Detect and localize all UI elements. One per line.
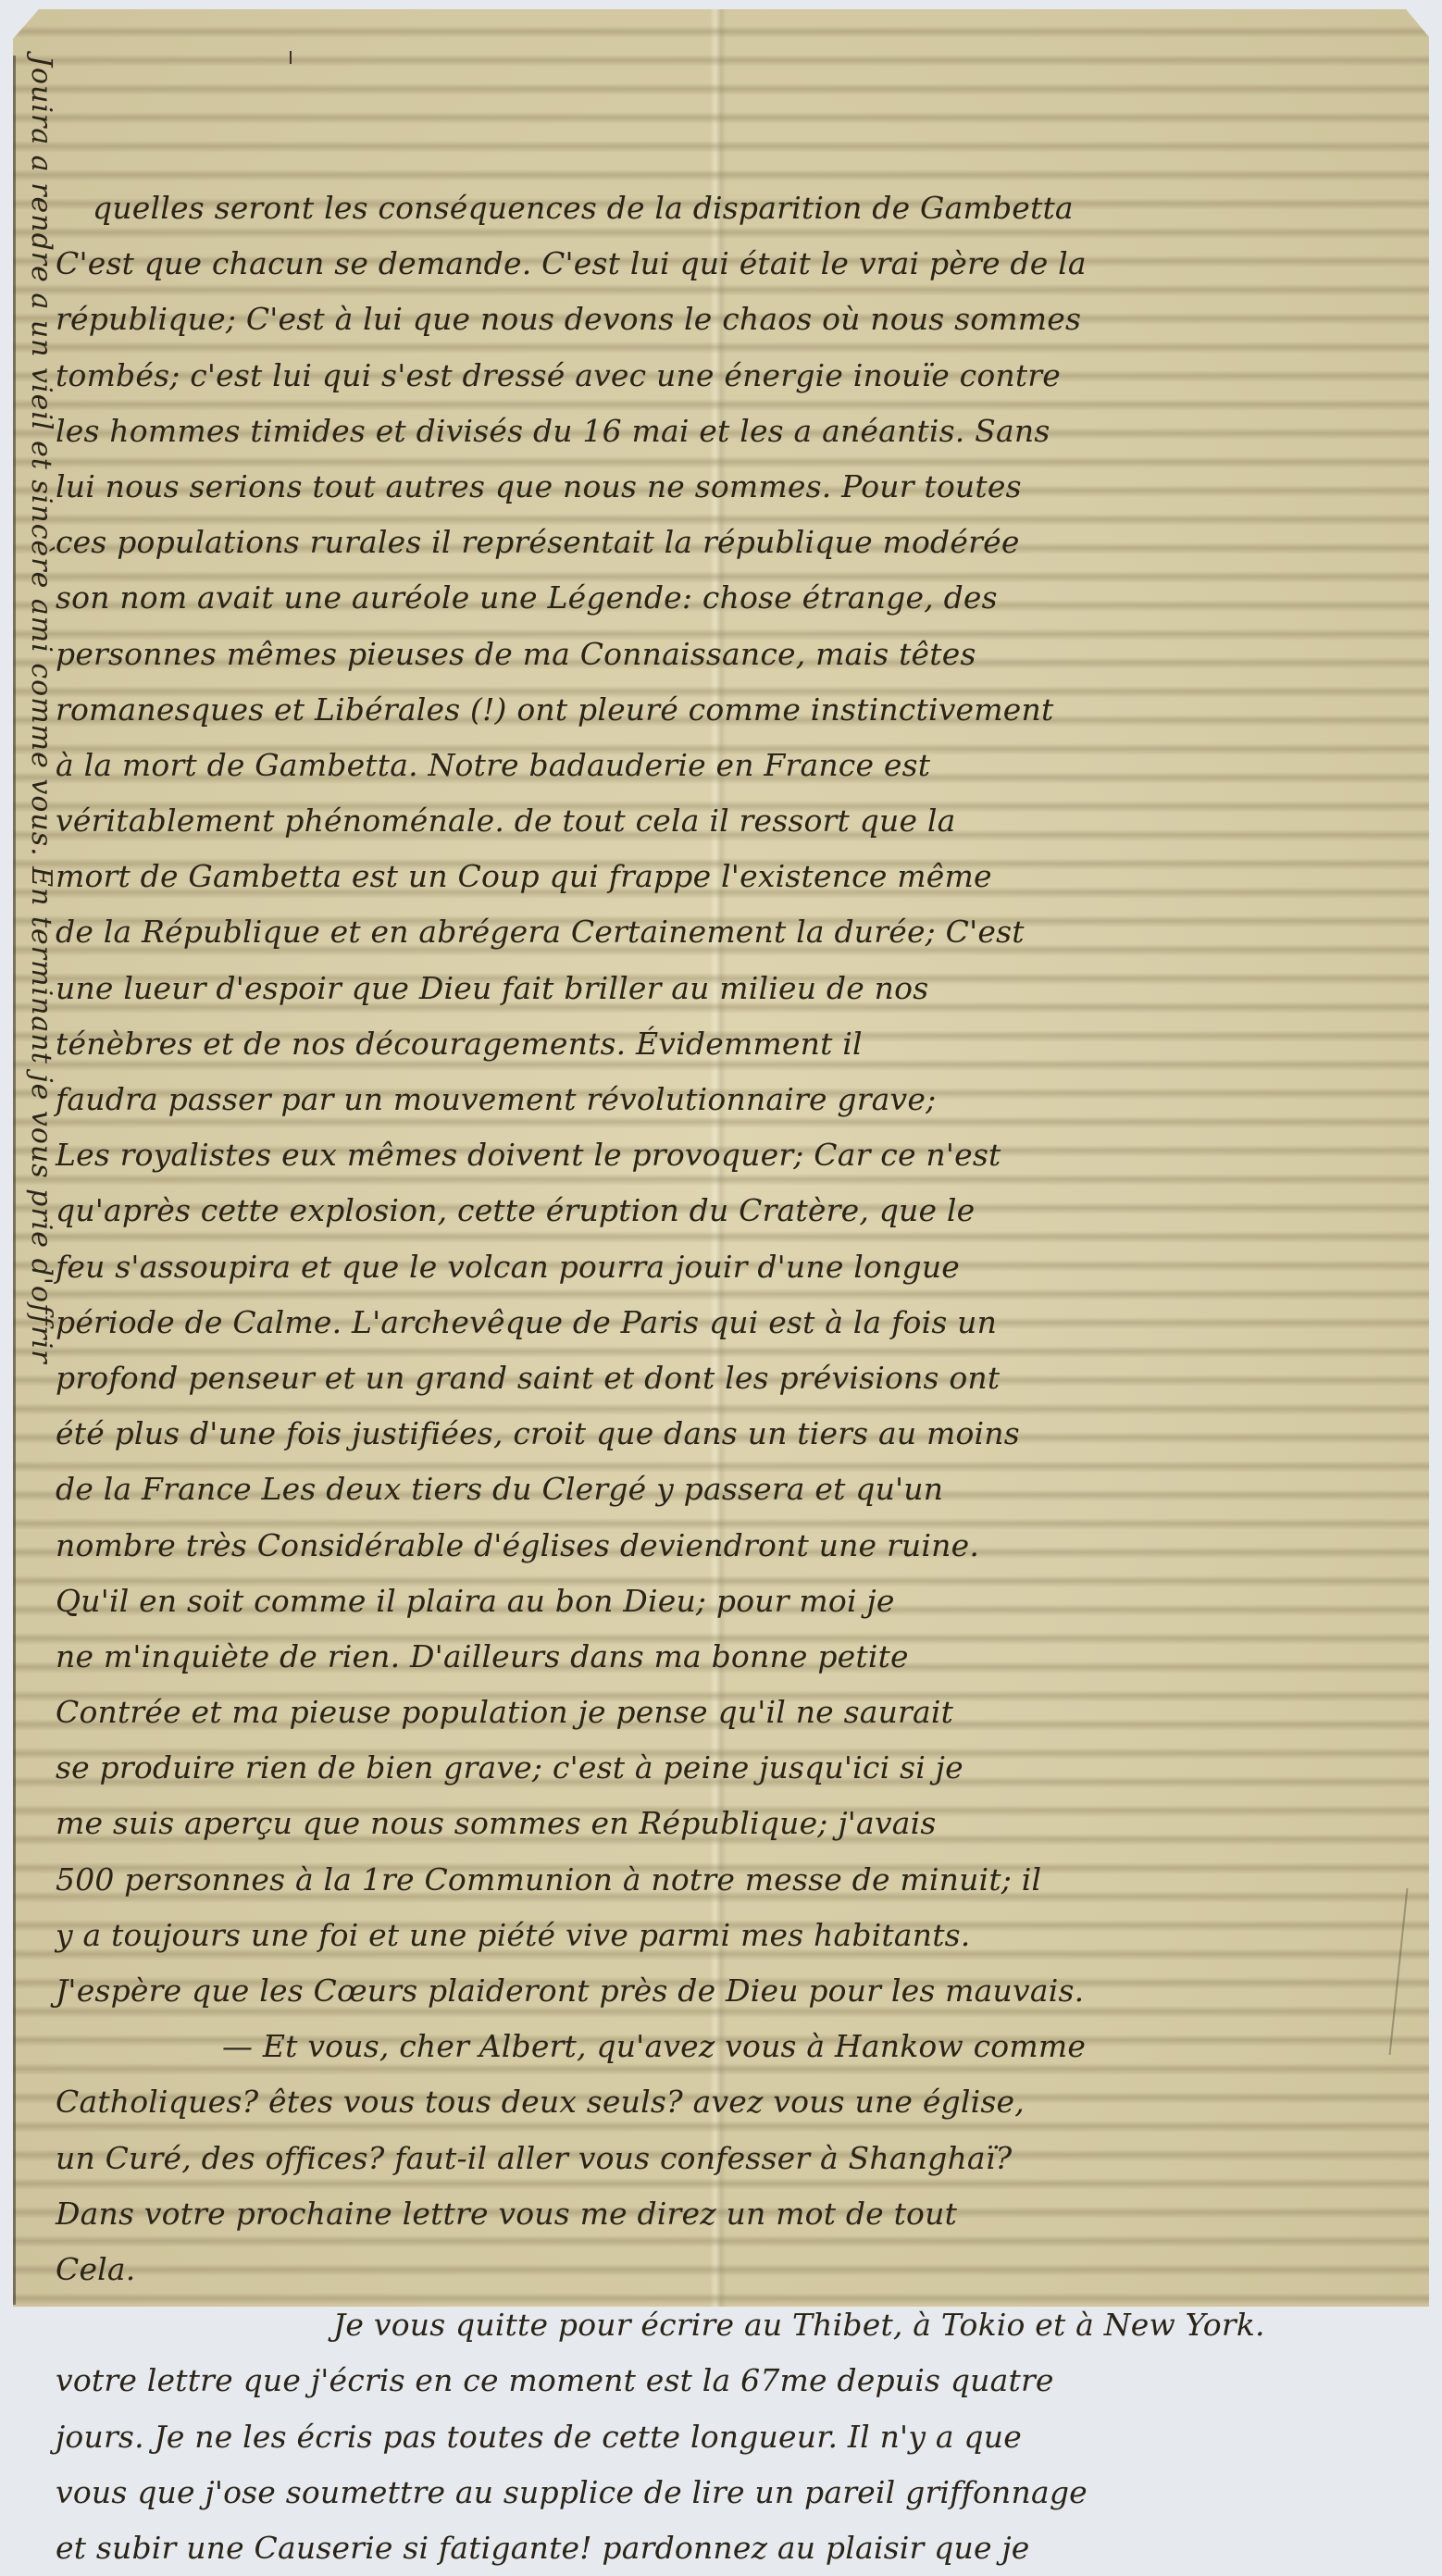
- letter-line: lui nous serions tout autres que nous ne…: [56, 459, 1416, 515]
- letter-line: une lueur d'espoir que Dieu fait briller…: [56, 961, 1416, 1016]
- letter-line: 500 personnes à la 1re Communion à notre…: [56, 1852, 1416, 1908]
- letter-line: personnes mêmes pieuses de ma Connaissan…: [56, 627, 1416, 682]
- letter-line: son nom avait une auréole une Légende: c…: [56, 570, 1416, 626]
- letter-line: Catholiques? êtes vous tous deux seuls? …: [56, 2074, 1416, 2130]
- letter-line: — Et vous, cher Albert, qu'avez vous à H…: [56, 2019, 1416, 2074]
- letter-line: un Curé, des offices? faut-il aller vous…: [56, 2131, 1416, 2186]
- letter-line: à la mort de Gambetta. Notre badauderie …: [56, 738, 1416, 793]
- letter-line: nombre très Considérable d'églises devie…: [56, 1518, 1416, 1574]
- letter-body: quelles seront les conséquences de la di…: [56, 180, 1416, 2314]
- letter-line: de la France Les deux tiers du Clergé y …: [56, 1462, 1416, 1517]
- letter-line: les hommes timides et divisés du 16 mai …: [56, 404, 1416, 459]
- letter-line: se produire rien de bien grave; c'est à …: [56, 1740, 1416, 1796]
- letter-line: C'est que chacun se demande. C'est lui q…: [56, 236, 1416, 292]
- letter-line: Qu'il en soit comme il plaira au bon Die…: [56, 1574, 1416, 1629]
- letter-line: république; C'est à lui que nous devons …: [56, 292, 1416, 347]
- letter-line: me suis aperçu que nous sommes en Républ…: [56, 1796, 1416, 1851]
- letter-line: faudra passer par un mouvement révolutio…: [56, 1072, 1416, 1127]
- letter-line: J'espère que les Cœurs plaideront près d…: [56, 1963, 1416, 2019]
- letter-line: période de Calme. L'archevêque de Paris …: [56, 1295, 1416, 1350]
- letter-line: tombés; c'est lui qui s'est dressé avec …: [56, 348, 1416, 404]
- letter-line: Dans votre prochaine lettre vous me dire…: [56, 2186, 1416, 2242]
- letter-line: ne m'inquiète de rien. D'ailleurs dans m…: [56, 1629, 1416, 1685]
- letter-line: quelles seront les conséquences de la di…: [56, 180, 1416, 236]
- ink-mark: [290, 51, 292, 64]
- letter-line: véritablement phénoménale. de tout cela …: [56, 793, 1416, 849]
- letter-line: profond penseur et un grand saint et don…: [56, 1350, 1416, 1406]
- letter-line: ces populations rurales il représentait …: [56, 515, 1416, 570]
- letter-line: ténèbres et de nos découragements. Évide…: [56, 1016, 1416, 1072]
- letter-line: qu'après cette explosion, cette éruption…: [56, 1183, 1416, 1238]
- letter-line: Contrée et ma pieuse population je pense…: [56, 1685, 1416, 1740]
- letter-line: Je vous quitte pour écrire au Thibet, à …: [56, 2297, 1416, 2314]
- page-left-edge: [13, 56, 16, 2305]
- letter-line: feu s'assoupira et que le volcan pourra …: [56, 1239, 1416, 1295]
- letter-line: de la République et en abrégera Certaine…: [56, 904, 1416, 960]
- letter-line: romanesques et Libérales (!) ont pleuré …: [56, 682, 1416, 738]
- letter-line: Cela.: [56, 2242, 1416, 2297]
- letter-line: y a toujours une foi et une piété vive p…: [56, 1908, 1416, 1963]
- letter-line: Les royalistes eux mêmes doivent le prov…: [56, 1127, 1416, 1183]
- letter-line: mort de Gambetta est un Coup qui frappe …: [56, 849, 1416, 904]
- letter-line: été plus d'une fois justifiées, croit qu…: [56, 1406, 1416, 1462]
